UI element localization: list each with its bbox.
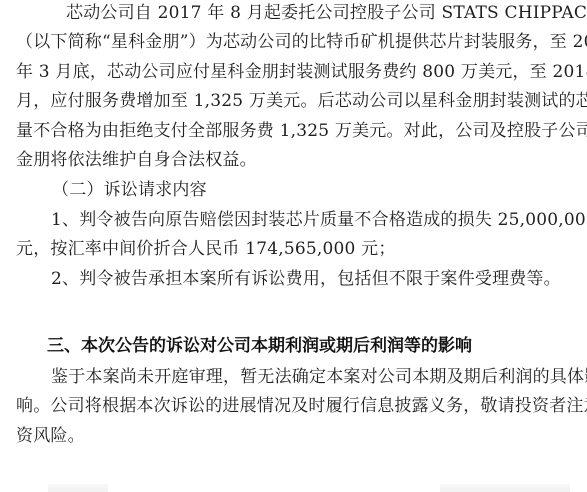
paragraph-1-line-2: （以下简称“星科金朋”）为芯动公司的比特币矿机提供芯片封装服务，至 2018 <box>16 31 571 53</box>
cutoff-text-right <box>440 484 570 492</box>
section-3-line-3: 资风险。 <box>16 425 85 447</box>
section-3-line-2: 响。公司将根据本次诉讼的进展情况及时履行信息披露义务，敬请投资者注意投 <box>16 395 571 417</box>
cutoff-text-left <box>48 484 108 492</box>
paragraph-1-line-1: 芯动公司自 2017 年 8 月起委托公司控股子公司 STATS CHIPPAC… <box>66 2 587 24</box>
paragraph-1-line-6: 金朋将依法维护自身合法权益。 <box>16 149 257 171</box>
claim-2-line-1: 2、判令被告承担本案所有诉讼费用，包括但不限于案件受理费等。 <box>51 268 561 290</box>
paragraph-1-line-3: 年 3 月底，芯动公司应付星科金朋封装测试服务费约 800 万美元，至 2018… <box>16 61 571 83</box>
section-3-heading: 三、本次公告的诉讼对公司本期利润或期后利润等的影响 <box>47 335 472 357</box>
claim-1-line-1: 1、判令被告向原告赔偿因封装芯片质量不合格造成的损失 25,000,000 美 <box>51 209 571 231</box>
section-3-line-1: 鉴于本案尚未开庭审理，暂无法确定本案对公司本期及期后利润的具体影 <box>51 366 571 388</box>
subsection-title: （二）诉讼请求内容 <box>52 179 207 201</box>
document-page: 芯动公司自 2017 年 8 月起委托公司控股子公司 STATS CHIPPAC… <box>0 0 587 492</box>
claim-1-line-2: 元，按汇率中间价折合人民币 174,565,000 元； <box>16 238 396 260</box>
paragraph-1-line-4: 月，应付服务费增加至 1,325 万美元。后芯动公司以星科金朋封装测试的芯片质 <box>16 90 571 112</box>
paragraph-1-line-5: 量不合格为由拒绝支付全部服务费 1,325 万美元。对此，公司及控股子公司星科 <box>16 120 571 142</box>
